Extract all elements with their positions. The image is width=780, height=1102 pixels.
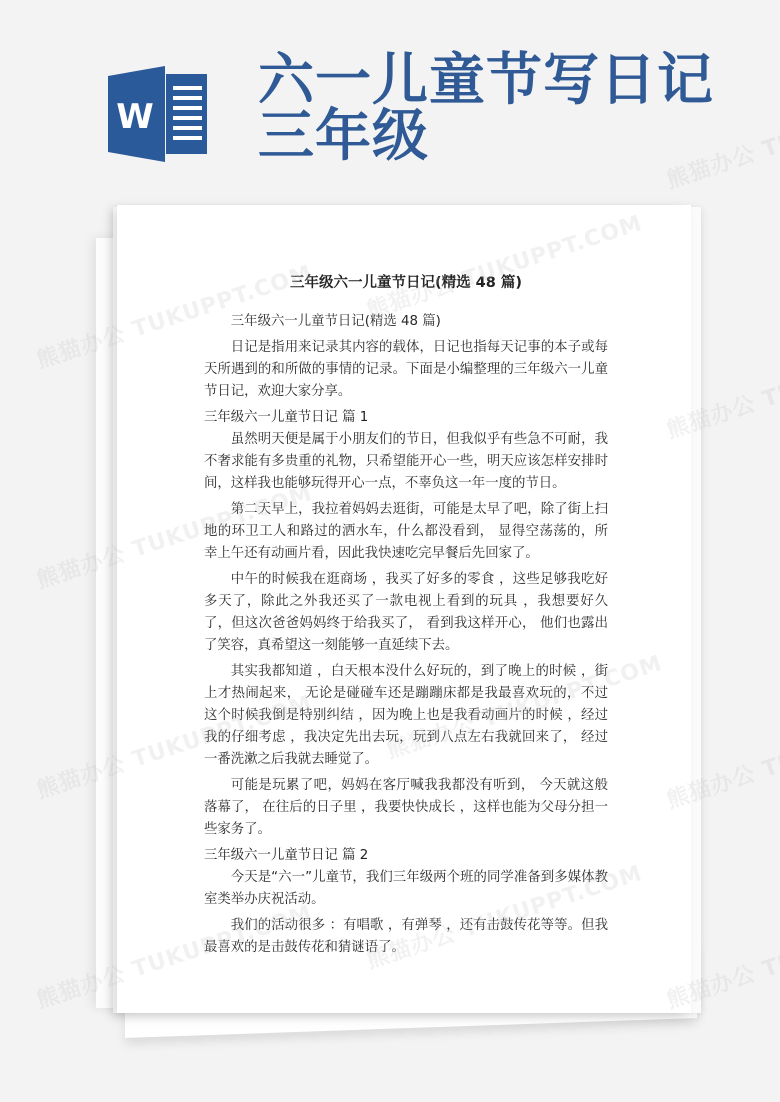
intro-paragraph: 日记是指用来记录其内容的载体，日记也指每天记事的本子或每天所遇到的和所做的事情的…: [204, 337, 608, 403]
paragraph: 虽然明天便是属于小朋友们的节日，但我似乎有些急不可耐，我不奢求能有多贵重的礼物，…: [204, 429, 608, 495]
paragraph: 可能是玩累了吧，妈妈在客厅喊我我都没有听到， 今天就这般落幕了， 在往后的日子里…: [204, 775, 608, 841]
page-title: 六一儿童节写日记 三年级: [258, 52, 714, 164]
title-line-2: 三年级: [258, 108, 714, 164]
paragraph: 第二天早上，我拉着妈妈去逛街，可能是太早了吧，除了街上扫地的环卫工人和路过的洒水…: [204, 499, 608, 565]
paragraph: 今天是“六一”儿童节，我们三年级两个班的同学准备到多媒体教室类举办庆祝活动。: [204, 867, 608, 911]
paragraph: 中午的时候我在逛商场 ，我买了好多的零食 ，这些足够我吃好多天了，除此之外我还买…: [204, 569, 608, 657]
paragraph: 其实我都知道 ，白天根本没什么好玩的，到了晚上的时候 ，街上才热闹起来， 无论是…: [204, 661, 608, 771]
section-title: 三年级六一儿童节日记 篇 2: [204, 845, 608, 867]
document-body: 三年级六一儿童节日记(精选 48 篇) 三年级六一儿童节日记(精选 48 篇) …: [204, 272, 608, 963]
title-line-1: 六一儿童节写日记: [258, 52, 714, 108]
word-document-icon: W: [108, 66, 208, 162]
document-subtitle: 三年级六一儿童节日记(精选 48 篇): [204, 311, 608, 333]
paragraph: 我们的活动很多 ：有唱歌 ，有弹琴 ，还有击鼓传花等等。但我最喜欢的是击鼓传花和…: [204, 915, 608, 959]
document-heading: 三年级六一儿童节日记(精选 48 篇): [204, 272, 608, 294]
section-title: 三年级六一儿童节日记 篇 1: [204, 407, 608, 429]
svg-text:W: W: [116, 97, 154, 137]
